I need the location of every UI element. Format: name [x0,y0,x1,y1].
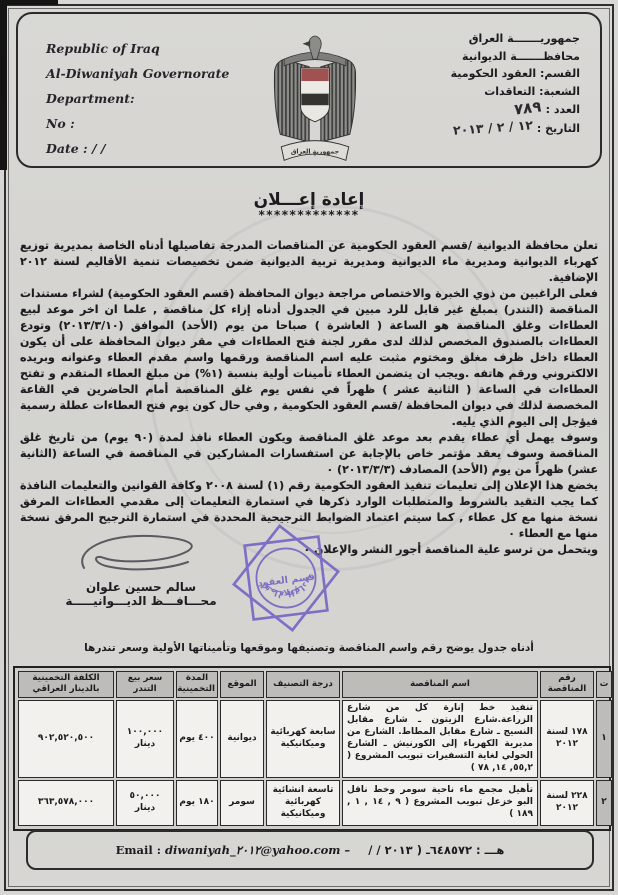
official-stamp-icon: محافظة القادسية قسم العقود أعلام [223,514,348,643]
stamp-outer-text: محافظة القادسية [223,514,318,606]
body-paragraph: فعلى الراغبين من ذوي الخبرة والاختصاص مر… [20,286,598,430]
signature-block: سالم حسين علوان محـــافـــظ الديـــوانيـ… [46,528,236,608]
col-tender-price: سعر بيع التندر [116,671,174,698]
cell-tender-name: تأهيل مجمع ماء ناحية سومر وخط ناقل البو … [342,780,538,826]
col-location: الموقع [220,671,264,698]
title-stars-divider: ************* [0,210,618,220]
governor-title: محـــافـــظ الديـــوانيـــــة [46,594,236,608]
cell-duration: ١٨٠ يوم [176,780,218,826]
email-value: diwaniyah_٢٠١٢@yahoo.com – [165,843,350,857]
col-seq: ت [596,671,612,698]
body-paragraph: تعلن محافظة الديوانية /قسم العقود الحكوم… [20,238,598,286]
country-name-en: Republic of Iraq [46,36,229,61]
cell-tender-number: ١٧٨ لسنة ٢٠١٢ [540,700,594,778]
scan-artifact [0,0,58,5]
announcement-title-block: إعادة إعـــلان ************* [0,190,618,220]
cell-location: سومر [220,780,264,826]
date-label-ar: التاريخ : [537,122,580,135]
number-label-ar: العدد : [546,103,580,116]
cell-tender-name: تنفيذ خط إنارة كل من شارع الزراعة.شارع ا… [342,700,538,778]
division-line-ar: الشعبة: التعاقدات [370,83,580,101]
document-number-line: العدد : ٧٨٩ [370,100,580,119]
emblem-banner-text: جمهورية العراق [291,149,339,156]
body-paragraph: وسوف يهمل أي عطاء يقدم بعد موعد غلق المن… [20,430,598,478]
col-duration: المدة التخمينية [176,671,218,698]
governor-name: سالم حسين علوان [46,580,236,594]
iraq-coat-of-arms-icon: جمهورية العراق [262,32,368,174]
letterhead-english: Republic of Iraq Al-Diwaniyah Governorat… [46,36,229,161]
col-tender-name: اسم المناقصة [342,671,538,698]
cell-tender-number: ٢٢٨ لسنة ٢٠١٢ [540,780,594,826]
footer-contact-box: Email : diwaniyah_٢٠١٢@yahoo.com – هـــ … [26,830,594,870]
announcement-body: تعلن محافظة الديوانية /قسم العقود الحكوم… [20,238,598,558]
cell-tender-price: ٥٠,٠٠٠ دينار [116,780,174,826]
col-tender-number: رقم المناقصة [540,671,594,698]
col-classification: درجة التصنيف [266,671,340,698]
country-name-ar: جمهوريـــــــة العراق [370,30,580,48]
handwritten-signature [66,528,216,580]
cell-seq: ١ [596,700,612,778]
tender-table: ت رقم المناقصة اسم المناقصة درجة التصنيف… [13,666,611,831]
cell-seq: ٢ [596,780,612,826]
col-estimated-cost: الكلفة التخمينية بالدينار العراقي [18,671,114,698]
table-caption: أدناه جدول يوضح رقم واسم المناقصة وتصنيف… [0,642,618,654]
governorate-name-en: Al-Diwaniyah Governorate [46,61,229,86]
department-label-en: Department: [46,86,229,111]
cell-duration: ٤٠٠ يوم [176,700,218,778]
table-header-row: ت رقم المناقصة اسم المناقصة درجة التصنيف… [18,671,612,698]
number-label-en: No : [46,111,229,136]
department-line-ar: القسم: العقود الحكومية [370,65,580,83]
letterhead-box: Republic of Iraq Al-Diwaniyah Governorat… [16,12,602,168]
cell-location: ديوانية [220,700,264,778]
table-row: ٢ ٢٢٨ لسنة ٢٠١٢ تأهيل مجمع ماء ناحية سوم… [18,780,612,826]
letterhead-arabic: جمهوريـــــــة العراق محافظـــــــة الدي… [370,30,580,137]
cell-classification: تاسعة انشائية كهربائية وميكانيكية [266,780,340,826]
footer-email: Email : diwaniyah_٢٠١٢@yahoo.com – [116,843,351,857]
document-date-line: التاريخ : ١٢ / ٢ / ٢٠١٣ [370,119,580,138]
cell-estimated-cost: ٣٦٣,٥٧٨,٠٠٠ [18,780,114,826]
table-row: ١ ١٧٨ لسنة ٢٠١٢ تنفيذ خط إنارة كل من شار… [18,700,612,778]
cell-tender-price: ١٠٠,٠٠٠ دينار [116,700,174,778]
governorate-name-ar: محافظـــــــة الديوانية [370,48,580,66]
svg-text:محافظة القادسية: محافظة القادسية [223,514,318,606]
cell-classification: سابعة كهربائية وميكانيكية [266,700,340,778]
date-value-handwritten: ١٢ / ٢ / ٢٠١٣ [453,116,534,139]
cell-estimated-cost: ٩٠٢,٥٢٠,٥٠٠ [18,700,114,778]
announcement-title: إعادة إعـــلان [0,190,618,210]
date-label-en: Date : / / [46,136,229,161]
scanned-document-page: Republic of Iraq Al-Diwaniyah Governorat… [0,0,618,895]
footer-phone: هـــ : ٦٤٨٥٧٢ـ ( ٢٠١٣ / / [368,843,504,857]
scan-artifact [0,0,7,170]
email-label: Email : [116,843,161,857]
